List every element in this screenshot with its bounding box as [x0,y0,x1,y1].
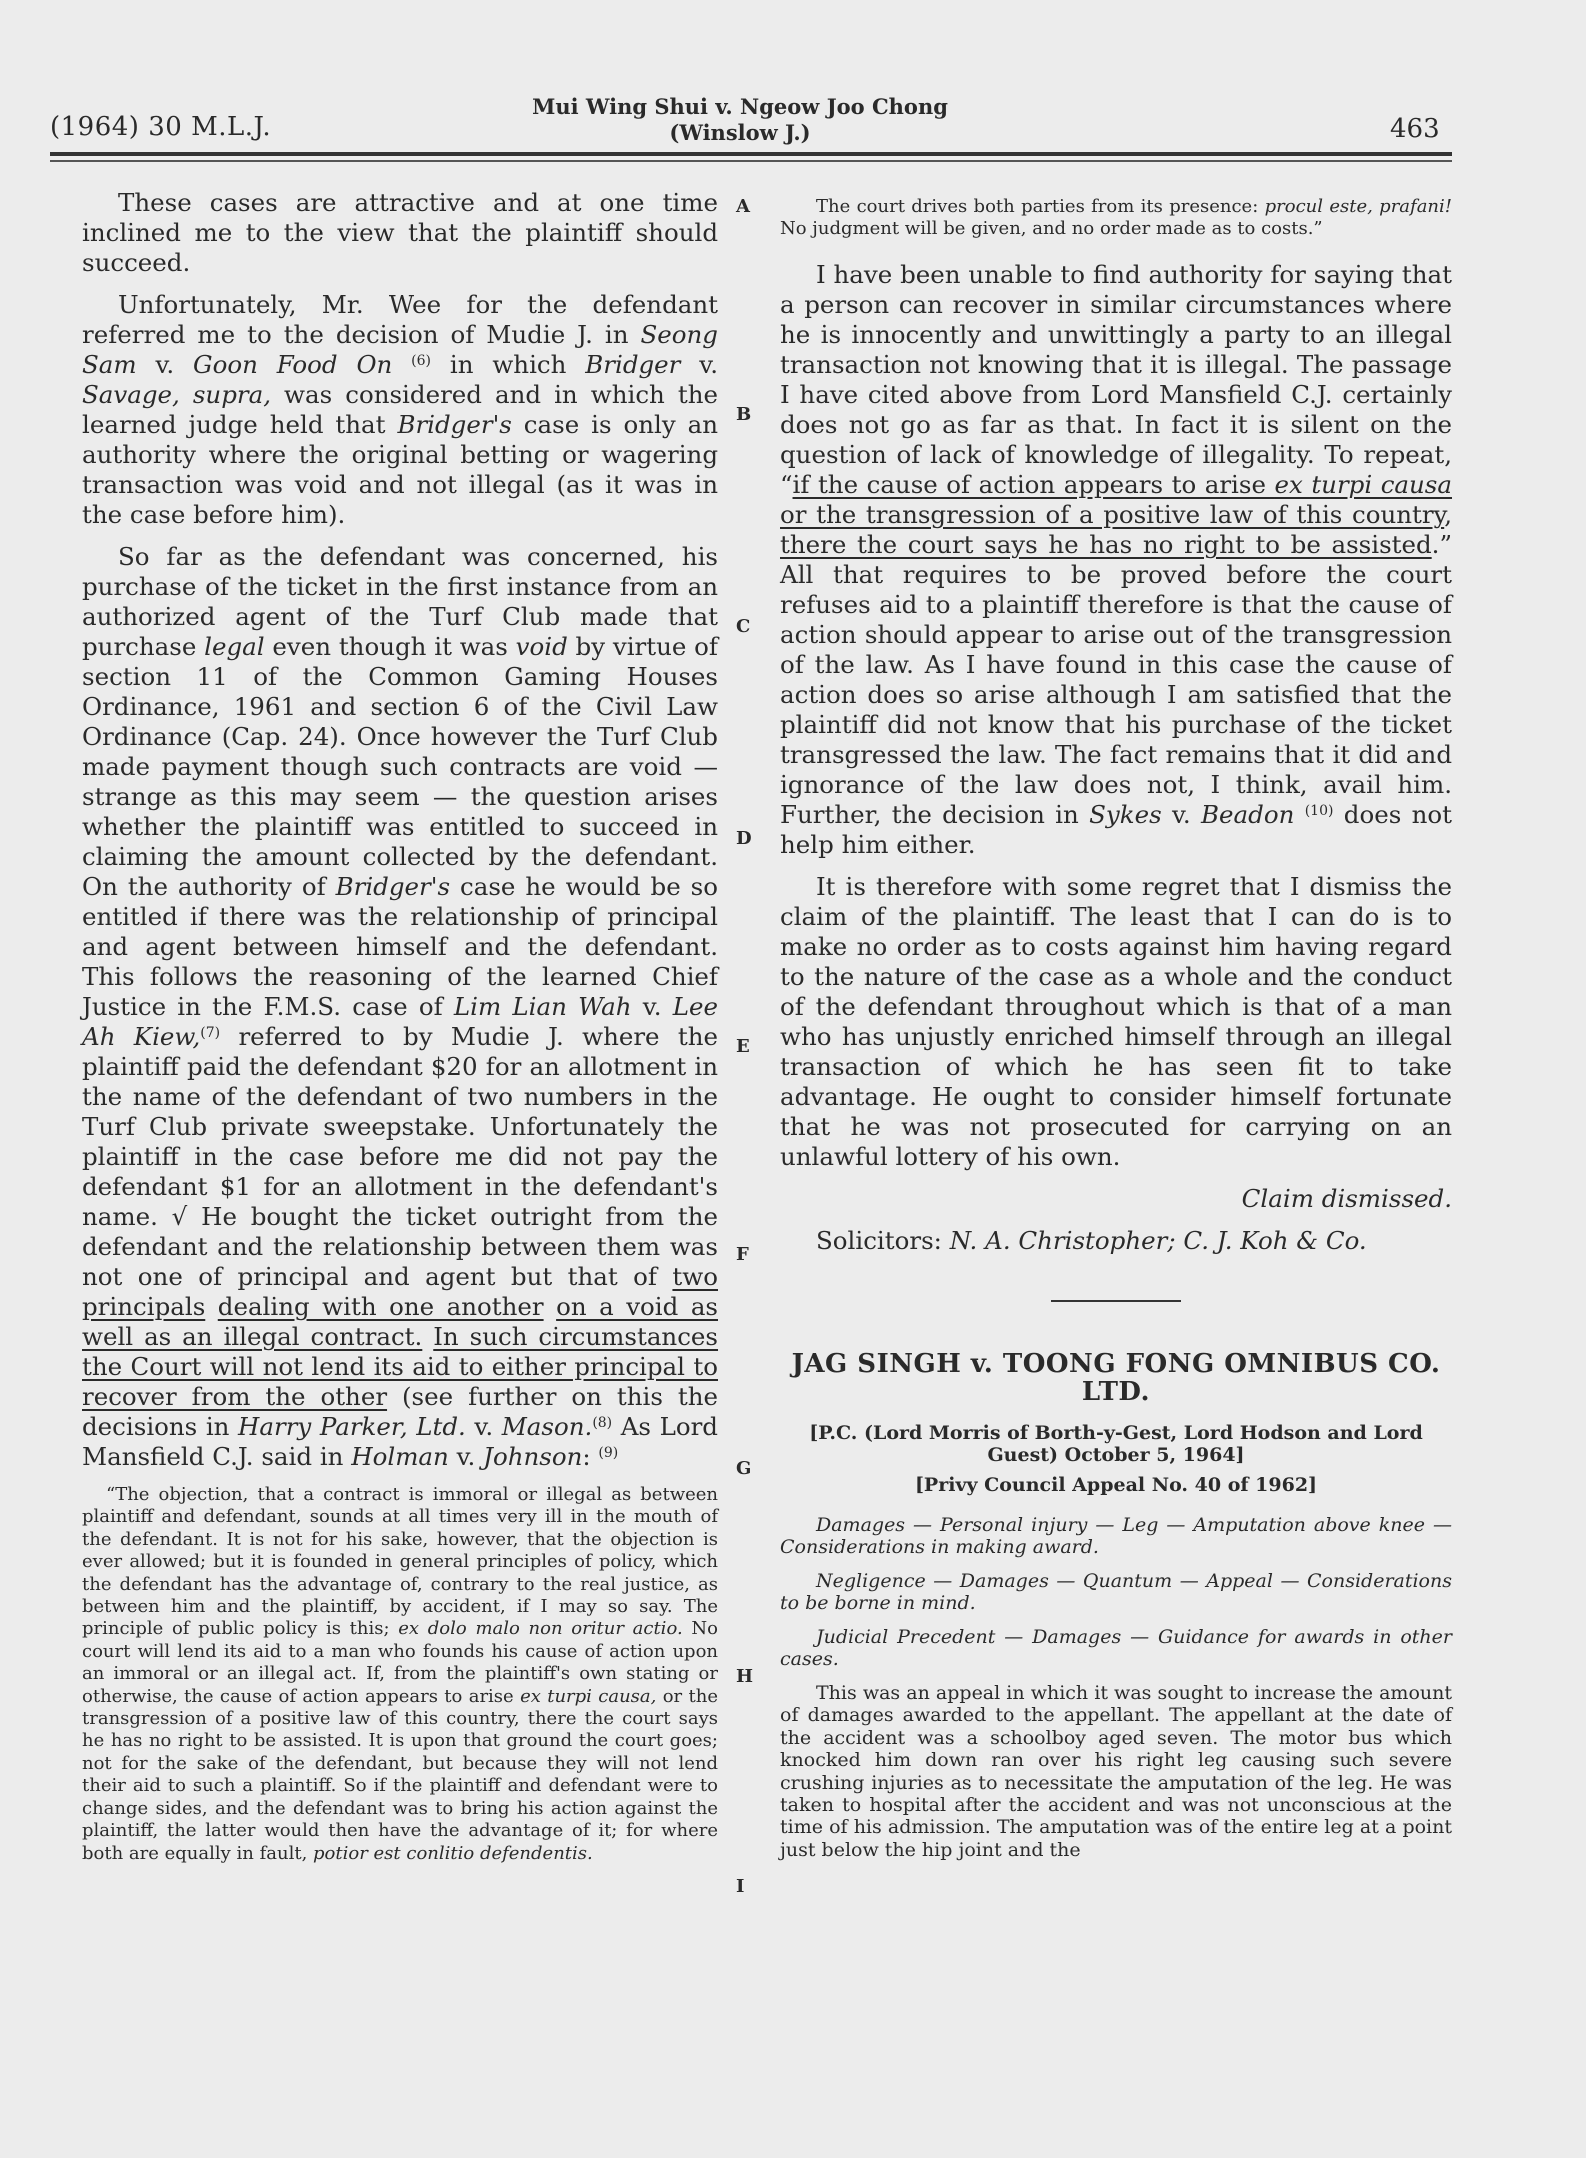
appeal-number: [Privy Council Appeal No. 40 of 1962] [780,1474,1452,1496]
margin-letter: A [736,196,750,217]
document-page: (1964) 30 M.L.J. Mui Wing Shui v. Ngeow … [0,0,1586,2158]
header-rule-thin [50,160,1452,162]
case-name: Beadon [1201,800,1294,829]
paragraph: I have been unable to find authority for… [780,260,1452,860]
case-separator-rule [1051,1300,1181,1302]
case-name: Mason. [502,1412,593,1441]
paragraph: Unfortunately, Mr. Wee for the defendant… [82,290,718,530]
page-number: 463 [1390,114,1440,144]
paragraph: These cases are attractive and at one ti… [82,188,718,278]
underlined-passage: if the cause of action appears to arise … [780,470,1452,529]
underlined-passage: dealing with one another [218,1292,544,1321]
left-column: These cases are attractive and at one ti… [82,188,718,1865]
next-case-title: JAG SINGH v. TOONG FONG OMNIBUS CO. LTD. [780,1350,1452,1406]
margin-letter: F [736,1244,749,1265]
margin-letter: C [736,616,750,637]
solicitors: Solicitors: N. A. Christopher; C. J. Koh… [780,1226,1452,1256]
right-column: The court drives both parties from its p… [780,196,1452,1861]
case-name: Savage, supra, [82,380,271,409]
case-name: Harry Parker, Ltd. [238,1412,466,1441]
header-rule-thick [50,152,1452,156]
margin-letter: H [736,1666,753,1687]
block-quote: “The objection, that a contract is immor… [82,1484,718,1865]
block-quote-end: The court drives both parties from its p… [780,196,1452,240]
underlined-passage: there the court says he has no right to … [780,530,1432,559]
case-name: Lim Lian Wah [454,992,632,1021]
running-judge: (Winslow J.) [460,120,1020,146]
margin-letter: G [736,1458,751,1479]
paragraph: So far as the defendant was concerned, h… [82,542,718,1472]
case-name: Johnson [483,1442,582,1471]
running-head: Mui Wing Shui v. Ngeow Joo Chong (Winslo… [460,94,1020,146]
margin-letter: B [736,404,751,425]
case-name: Sykes [1089,800,1162,829]
headnote: This was an appeal in which it was sough… [780,1682,1452,1861]
footnote-ref: (6) [411,353,431,369]
paragraph: It is therefore with some regret that I … [780,872,1452,1172]
footnote-ref: (10) [1305,803,1334,819]
case-name: Bridger's [397,410,511,439]
footnote-ref: (8) [592,1415,612,1431]
margin-letter: E [736,1036,750,1057]
footnote-ref: (7) [200,1025,220,1041]
disposition: Claim dismissed. [780,1184,1452,1214]
case-name: Holman [351,1442,449,1471]
case-name: Bridger [585,350,680,379]
margin-letter: I [736,1876,744,1897]
margin-letter: D [736,828,752,849]
catchwords: Judicial Precedent — Damages — Guidance … [780,1626,1452,1670]
coram: [P.C. (Lord Morris of Borth-y-Gest, Lord… [780,1422,1452,1466]
running-citation: (1964) 30 M.L.J. [50,112,271,142]
footnote-ref: (9) [598,1445,618,1461]
catchwords: Negligence — Damages — Quantum — Appeal … [780,1570,1452,1614]
case-name: Goon Food On [193,350,392,379]
catchwords: Damages — Personal injury — Leg — Amputa… [780,1514,1452,1558]
case-name: Bridger's [336,872,450,901]
running-case-title: Mui Wing Shui v. Ngeow Joo Chong [460,94,1020,120]
